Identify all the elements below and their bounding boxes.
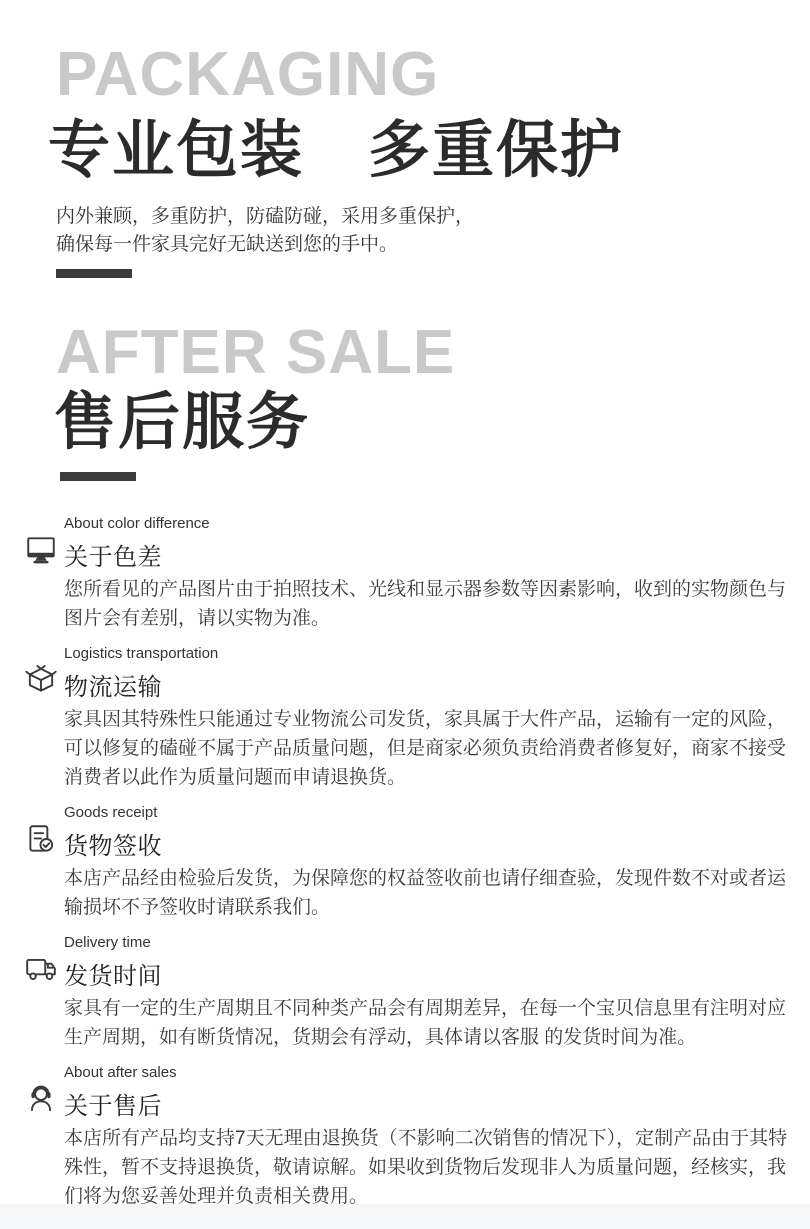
product-detail-page: PACKAGING 专业包装 多重保护 内外兼顾，多重防护，防磕防碰，采用多重保… — [0, 0, 810, 1229]
service-item-after-sales: About after sales 关于售后 本店所有产品均支持7天无理由退换货… — [0, 1064, 810, 1211]
packaging-cn-title: 专业包装 多重保护 — [48, 116, 810, 187]
service-item-goods-receipt: Goods receipt 货物签收 本店产品经由检验后发货，为保障您的权益签收… — [0, 804, 810, 922]
service-title: 物流运输 — [64, 667, 162, 702]
service-title: 货物签收 — [64, 826, 162, 861]
after-sale-en-title: AFTER SALE — [56, 322, 810, 384]
service-item-delivery-time: Delivery time 发货时间 家具有一定的生产周期且不同种类产品会有周期… — [0, 934, 810, 1052]
service-en-label: About after sales — [64, 1064, 790, 1082]
service-body: 本店产品经由检验后发货，为保障您的权益签收前也请仔细查验，发现件数不对或者运 输… — [64, 864, 794, 922]
packaging-section: PACKAGING 专业包装 多重保护 内外兼顾，多重防护，防磕防碰，采用多重保… — [0, 0, 810, 278]
service-en-label: Goods receipt — [64, 804, 790, 822]
truck-icon — [24, 952, 58, 986]
service-body: 您所看见的产品图片由于拍照技术、光线和显示器参数等因素影响，收到的实物颜色与 图… — [64, 575, 794, 633]
footer-strip — [0, 1204, 810, 1229]
monitor-icon — [24, 533, 58, 567]
service-item-logistics: Logistics transportation 物流运输 家具因其特殊性只能通… — [0, 645, 810, 792]
after-sale-section: AFTER SALE 售后服务 — [0, 322, 810, 480]
service-title: 关于售后 — [64, 1086, 162, 1121]
service-body: 本店所有产品均支持7天无理由退换货（不影响二次销售的情况下），定制产品由于其特 … — [64, 1124, 794, 1211]
service-list: About color difference 关于色差 您所看见的产品图片由于拍… — [0, 515, 810, 1211]
package-box-icon — [24, 663, 58, 697]
customer-service-icon — [24, 1082, 58, 1116]
accent-bar — [60, 472, 136, 481]
service-en-label: About color difference — [64, 515, 790, 533]
service-title: 发货时间 — [64, 956, 162, 991]
service-en-label: Logistics transportation — [64, 645, 790, 663]
packaging-description: 内外兼顾，多重防护，防磕防碰，采用多重保护， 确保每一件家具完好无缺送到您的手中… — [56, 203, 810, 259]
receipt-check-icon — [24, 822, 58, 856]
service-body: 家具有一定的生产周期且不同种类产品会有周期差异，在每一个宝贝信息里有注明对应 生… — [64, 994, 794, 1052]
after-sale-cn-title: 售后服务 — [54, 388, 810, 459]
accent-bar — [56, 269, 132, 278]
service-title: 关于色差 — [64, 537, 162, 572]
service-body: 家具因其特殊性只能通过专业物流公司发货，家具属于大件产品，运输有一定的风险， 可… — [64, 705, 794, 792]
service-item-color-difference: About color difference 关于色差 您所看见的产品图片由于拍… — [0, 515, 810, 633]
packaging-en-title: PACKAGING — [56, 44, 810, 106]
service-en-label: Delivery time — [64, 934, 790, 952]
